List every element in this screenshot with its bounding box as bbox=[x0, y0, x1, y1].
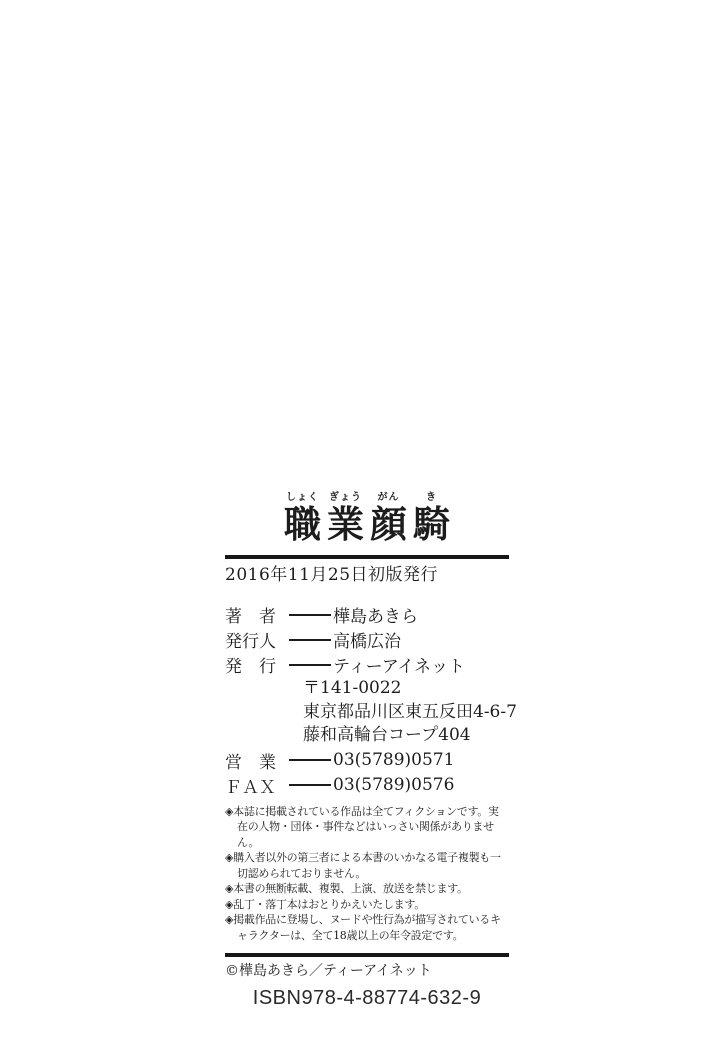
isbn-number: ISBN978-4-88774-632-9 bbox=[225, 986, 509, 1010]
address-line-1: 東京都品川区東五反田4-6-7 bbox=[303, 701, 509, 725]
footer-divider bbox=[225, 953, 509, 957]
diamond-bullet-icon: ◈ bbox=[225, 913, 233, 926]
title-divider bbox=[225, 555, 509, 559]
title-kanji: 顔 bbox=[370, 504, 407, 544]
notice-item: ◈購入者以外の第三者による本書のいかなる電子複製も一切認められておりません。 bbox=[225, 850, 509, 881]
title-char: がん 顔 bbox=[368, 492, 409, 544]
leader-dash bbox=[289, 639, 331, 641]
title-kanji: 職 bbox=[284, 504, 321, 544]
title-char: き 騎 bbox=[411, 492, 452, 544]
title-kanji: 業 bbox=[327, 504, 364, 544]
credits-list: 著 者 樺島あきら 発行人 高橋広治 発 行 ティーアイネット 〒141-002… bbox=[225, 602, 509, 798]
book-title: しょく 職 ぎょう 業 がん 顔 き 騎 bbox=[225, 492, 509, 544]
credit-label: 著 者 bbox=[225, 602, 281, 627]
notice-item: ◈本誌に掲載されている作品は全てフィクションです。実在の人物・団体・事件などはい… bbox=[225, 804, 509, 851]
colophon-page: しょく 職 ぎょう 業 がん 顔 き 騎 2016年11月25日初版発行 著 者 bbox=[0, 0, 728, 1050]
postal-code: 〒141-0022 bbox=[303, 677, 509, 701]
credit-row-author: 著 者 樺島あきら bbox=[225, 602, 509, 627]
legal-notices: ◈本誌に掲載されている作品は全てフィクションです。実在の人物・団体・事件などはい… bbox=[225, 804, 509, 944]
address-line-2: 藤和高輪台コープ404 bbox=[303, 724, 509, 748]
leader-dash bbox=[289, 664, 331, 666]
notice-text: 本書の無断転載、複製、上演、放送を禁じます。 bbox=[233, 882, 468, 895]
title-char: しょく 職 bbox=[282, 492, 323, 544]
copyright-notice: ©樺島あきら／ティーアイネット bbox=[225, 962, 509, 980]
publisher-address: 〒141-0022 東京都品川区東五反田4-6-7 藤和高輪台コープ404 bbox=[303, 677, 509, 748]
diamond-bullet-icon: ◈ bbox=[225, 898, 233, 911]
title-kanji: 騎 bbox=[413, 504, 450, 544]
contact-value: 03(5789)0576 bbox=[333, 775, 454, 795]
contact-row-sales: 営 業 03(5789)0571 bbox=[225, 748, 509, 773]
colophon-content: しょく 職 ぎょう 業 がん 顔 き 騎 2016年11月25日初版発行 著 者 bbox=[225, 492, 509, 1010]
diamond-bullet-icon: ◈ bbox=[225, 882, 233, 895]
leader-dash bbox=[289, 784, 331, 786]
leader-dash bbox=[289, 614, 331, 616]
title-char: ぎょう 業 bbox=[325, 492, 366, 544]
diamond-bullet-icon: ◈ bbox=[225, 805, 233, 818]
notice-text: 本誌に掲載されている作品は全てフィクションです。実在の人物・団体・事件などはいっ… bbox=[233, 805, 499, 849]
notice-item: ◈乱丁・落丁本はおとりかえいたします。 bbox=[225, 897, 509, 913]
notice-item: ◈本書の無断転載、複製、上演、放送を禁じます。 bbox=[225, 881, 509, 897]
notice-item: ◈掲載作品に登場し、ヌードや性行為が描写されているキャラクターは、全て18歳以上… bbox=[225, 912, 509, 943]
credit-label: 発行人 bbox=[225, 627, 281, 652]
notice-text: 掲載作品に登場し、ヌードや性行為が描写されているキャラクターは、全て18歳以上の… bbox=[233, 913, 501, 942]
credit-row-publisher: 発 行 ティーアイネット bbox=[225, 652, 509, 677]
notice-text: 乱丁・落丁本はおとりかえいたします。 bbox=[233, 898, 425, 911]
contact-label: ＦＡＸ bbox=[225, 773, 281, 798]
leader-dash bbox=[289, 759, 331, 761]
credit-value: 樺島あきら bbox=[333, 602, 418, 627]
credit-value: 高橋広治 bbox=[333, 627, 401, 652]
contact-row-fax: ＦＡＸ 03(5789)0576 bbox=[225, 773, 509, 798]
credit-value: ティーアイネット bbox=[333, 652, 465, 677]
notice-text: 購入者以外の第三者による本書のいかなる電子複製も一切認められておりません。 bbox=[233, 851, 501, 880]
contact-value: 03(5789)0571 bbox=[333, 750, 454, 770]
credit-row-publisher-person: 発行人 高橋広治 bbox=[225, 627, 509, 652]
contact-label: 営 業 bbox=[225, 748, 281, 773]
credit-label: 発 行 bbox=[225, 652, 281, 677]
edition-date: 2016年11月25日初版発行 bbox=[225, 563, 509, 587]
diamond-bullet-icon: ◈ bbox=[225, 851, 233, 864]
